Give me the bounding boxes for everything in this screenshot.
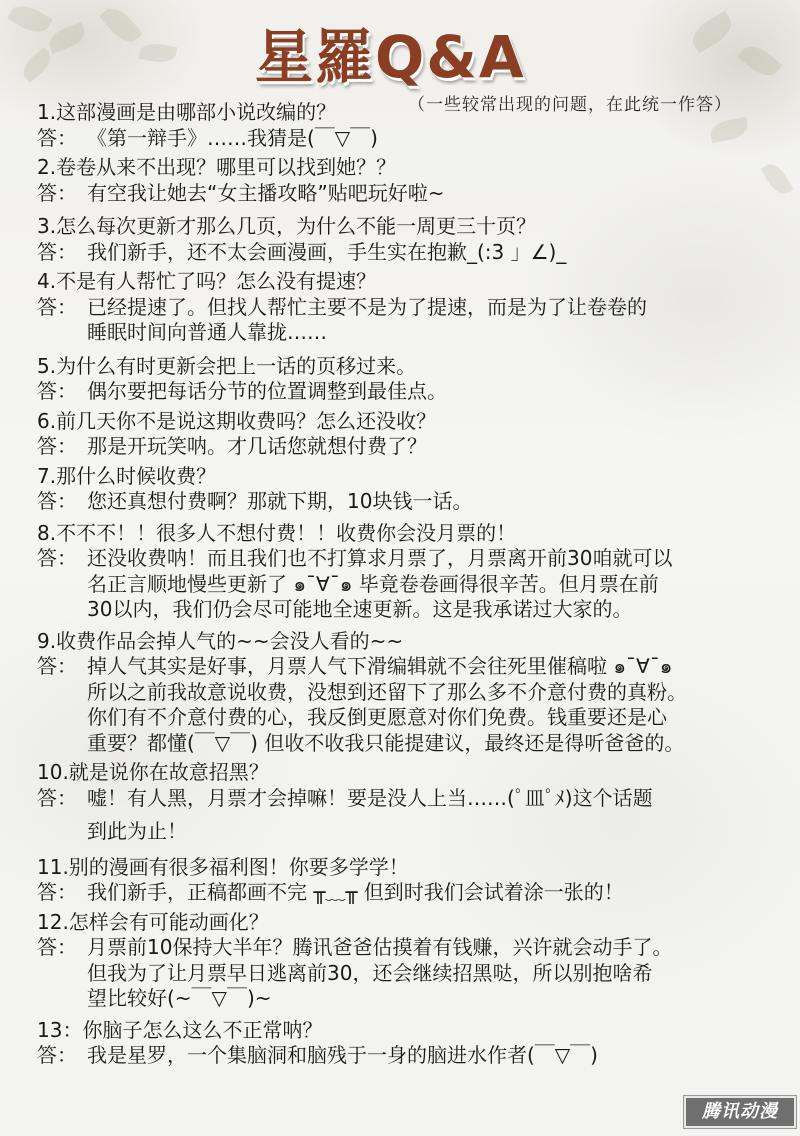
answer-line: 还没收费呐！而且我们也不打算求月票了，月票离开前30咱就可以 bbox=[87, 546, 672, 572]
answer: 答： 我是星罗，一个集脑洞和脑残于一身的脑进水作者(￣▽￣) bbox=[37, 1043, 797, 1069]
answer-label: 答： bbox=[37, 126, 87, 152]
qa-item-6: 6.前几天你不是说这期收费吗？怎么还没收？ 答： 那是开玩笑呐。才几话您就想付费… bbox=[37, 409, 797, 460]
answer-line: 睡眠时间向普通人靠拢…… bbox=[87, 320, 647, 346]
qa-item-3: 3.怎么每次更新才那么几页，为什么不能一周更三十页？ 答： 我们新手，还不太会画… bbox=[37, 214, 797, 265]
leaf-decoration bbox=[99, 2, 143, 48]
answer-label: 答： bbox=[37, 240, 87, 266]
answer-label: 答： bbox=[37, 935, 87, 1012]
question: 11.别的漫画有很多福利图！你要多学学！ bbox=[37, 855, 797, 881]
answer: 答： 那是开玩笑呐。才几话您就想付费了？ bbox=[37, 434, 797, 460]
answer-label: 答： bbox=[37, 489, 87, 515]
question: 5.为什么有时更新会把上一话的页移过来。 bbox=[37, 354, 797, 380]
qa-item-12: 12.怎样会有可能动画化？ 答： 月票前10保持大半年？腾讯爸爸估摸着有钱赚，兴… bbox=[37, 910, 797, 1012]
page-title: 星羅Q&A bbox=[255, 22, 526, 92]
qa-item-9: 9.收费作品会掉人气的~~会没人看的~~ 答： 掉人气其实是好事，月票人气下滑编… bbox=[37, 629, 797, 757]
answer-line: 所以之前我故意说收费，没想到还留下了那么多不介意付费的真粉。 bbox=[87, 680, 687, 706]
qa-page: 星羅Q&A （一些较常出现的问题，在此统一作答） 1.这部漫画是由哪部小说改编的… bbox=[0, 0, 800, 1136]
qa-item-8: 8.不不不！！很多人不想付费！！收费你会没月票的！ 答： 还没收费呐！而且我们也… bbox=[37, 521, 797, 623]
answer-line: 偶尔要把每话分节的位置调整到最佳点。 bbox=[87, 379, 447, 405]
answer-line: 我们新手，正稿都画不完 ╥﹏╥ 但到时我们会试着涂一张的！ bbox=[87, 880, 624, 906]
question: 8.不不不！！很多人不想付费！！收费你会没月票的！ bbox=[37, 521, 797, 547]
answer-line: 但我为了让月票早日逃离前30，还会继续招黑哒，所以别抱啥希 bbox=[87, 961, 672, 987]
answer-line: 月票前10保持大半年？腾讯爸爸估摸着有钱赚，兴许就会动手了。 bbox=[87, 935, 672, 961]
answer: 答： 掉人气其实是好事，月票人气下滑编辑就不会往死里催稿啦 ๑¯∀¯๑ 所以之前… bbox=[37, 654, 797, 756]
answer: 答： 已经提速了。但找人帮忙主要不是为了提速，而是为了让卷卷的 睡眠时间向普通人… bbox=[37, 295, 797, 346]
answer-line: 我们新手，还不太会画漫画，手生实在抱歉_(:3 」∠)_ bbox=[87, 240, 566, 266]
question: 7.那什么时候收费？ bbox=[37, 464, 797, 490]
answer-label: 答： bbox=[37, 1043, 87, 1069]
question: 12.怎样会有可能动画化？ bbox=[37, 910, 797, 936]
answer: 答： 嘘！有人黑，月票才会掉嘛！要是没人上当……(ﾟ皿ﾟﾒ)这个话题 到此为止！ bbox=[37, 786, 797, 845]
qa-item-2: 2.卷卷从来不出现？哪里可以找到她？？ 答： 有空我让她去“女主播攻略”贴吧玩好… bbox=[37, 155, 797, 206]
qa-item-4: 4.不是有人帮忙了吗？怎么没有提速？ 答： 已经提速了。但找人帮忙主要不是为了提… bbox=[37, 269, 797, 346]
qa-item-10: 10.就是说你在故意招黑？ 答： 嘘！有人黑，月票才会掉嘛！要是没人上当……(ﾟ… bbox=[37, 760, 797, 845]
answer-label: 答： bbox=[37, 181, 87, 207]
answer-label: 答： bbox=[37, 786, 87, 845]
question: 4.不是有人帮忙了吗？怎么没有提速？ bbox=[37, 269, 797, 295]
leaf-decoration bbox=[7, 0, 53, 39]
question: 13：你脑子怎么这么不正常呐？ bbox=[37, 1018, 797, 1044]
answer-label: 答： bbox=[37, 379, 87, 405]
answer-line: 你们有不介意付费的心，我反倒更愿意对你们免费。钱重要还是心 bbox=[87, 705, 687, 731]
answer-line: 名正言顺地慢些更新了 ๑¯∀¯๑ 毕竟卷卷画得很辛苦。但月票在前 bbox=[87, 572, 672, 598]
leaf-decoration bbox=[738, 40, 783, 83]
answer-line: 掉人气其实是好事，月票人气下滑编辑就不会往死里催稿啦 ๑¯∀¯๑ bbox=[87, 654, 687, 680]
leaf-decoration bbox=[139, 41, 178, 65]
qa-item-11: 11.别的漫画有很多福利图！你要多学学！ 答： 我们新手，正稿都画不完 ╥﹏╥ … bbox=[37, 855, 797, 906]
answer-label: 答： bbox=[37, 654, 87, 756]
qa-list: 1.这部漫画是由哪部小说改编的？ 答： 《第一辩手》……我猜是(￣▽￣) 2.卷… bbox=[37, 100, 797, 1069]
answer-line: 有空我让她去“女主播攻略”贴吧玩好啦~ bbox=[87, 181, 444, 207]
question: 2.卷卷从来不出现？哪里可以找到她？？ bbox=[37, 155, 797, 181]
answer-label: 答： bbox=[37, 295, 87, 346]
answer-line: 望比较好(~￣▽￣)~ bbox=[87, 986, 672, 1012]
question: 1.这部漫画是由哪部小说改编的？ bbox=[37, 100, 797, 126]
answer-label: 答： bbox=[37, 434, 87, 460]
answer-line: 嘘！有人黑，月票才会掉嘛！要是没人上当……(ﾟ皿ﾟﾒ)这个话题 bbox=[87, 786, 653, 812]
answer-line: 我是星罗，一个集脑洞和脑残于一身的脑进水作者(￣▽￣) bbox=[87, 1043, 598, 1069]
answer-line: 到此为止！ bbox=[87, 819, 653, 845]
answer-line: 30以内，我们仍会尽可能地全速更新。这是我承诺过大家的。 bbox=[87, 597, 672, 623]
tencent-comic-watermark-logo: 腾讯动漫 bbox=[684, 1096, 796, 1128]
leaf-decoration bbox=[687, 11, 737, 54]
qa-item-5: 5.为什么有时更新会把上一话的页移过来。 答： 偶尔要把每话分节的位置调整到最佳… bbox=[37, 354, 797, 405]
answer-line: 重要？都懂(￣▽￣) 但收不收我只能提建议，最终还是得听爸爸的。 bbox=[87, 731, 687, 757]
answer: 答： 我们新手，还不太会画漫画，手生实在抱歉_(:3 」∠)_ bbox=[37, 240, 797, 266]
answer-line: 那是开玩笑呐。才几话您就想付费了？ bbox=[87, 434, 427, 460]
answer: 答： 月票前10保持大半年？腾讯爸爸估摸着有钱赚，兴许就会动手了。 但我为了让月… bbox=[37, 935, 797, 1012]
answer: 答： 有空我让她去“女主播攻略”贴吧玩好啦~ bbox=[37, 181, 797, 207]
answer: 答： 您还真想付费啊？那就下期，10块钱一话。 bbox=[37, 489, 797, 515]
answer-line: 您还真想付费啊？那就下期，10块钱一话。 bbox=[87, 489, 472, 515]
answer-label: 答： bbox=[37, 880, 87, 906]
answer: 答： 我们新手，正稿都画不完 ╥﹏╥ 但到时我们会试着涂一张的！ bbox=[37, 880, 797, 906]
answer: 答： 还没收费呐！而且我们也不打算求月票了，月票离开前30咱就可以 名正言顺地慢… bbox=[37, 546, 797, 623]
qa-item-1: 1.这部漫画是由哪部小说改编的？ 答： 《第一辩手》……我猜是(￣▽￣) bbox=[37, 100, 797, 151]
answer-line: 已经提速了。但找人帮忙主要不是为了提速，而是为了让卷卷的 bbox=[87, 295, 647, 321]
answer-line: 《第一辩手》……我猜是(￣▽￣) bbox=[87, 126, 378, 152]
answer-label: 答： bbox=[37, 546, 87, 623]
question: 9.收费作品会掉人气的~~会没人看的~~ bbox=[37, 629, 797, 655]
answer: 答： 《第一辩手》……我猜是(￣▽￣) bbox=[37, 126, 797, 152]
question: 6.前几天你不是说这期收费吗？怎么还没收？ bbox=[37, 409, 797, 435]
answer: 答： 偶尔要把每话分节的位置调整到最佳点。 bbox=[37, 379, 797, 405]
qa-item-13: 13：你脑子怎么这么不正常呐？ 答： 我是星罗，一个集脑洞和脑残于一身的脑进水作… bbox=[37, 1018, 797, 1069]
question: 10.就是说你在故意招黑？ bbox=[37, 760, 797, 786]
qa-item-7: 7.那什么时候收费？ 答： 您还真想付费啊？那就下期，10块钱一话。 bbox=[37, 464, 797, 515]
leaf-decoration bbox=[18, 47, 56, 83]
leaf-decoration bbox=[46, 22, 89, 54]
question: 3.怎么每次更新才那么几页，为什么不能一周更三十页？ bbox=[37, 214, 797, 240]
